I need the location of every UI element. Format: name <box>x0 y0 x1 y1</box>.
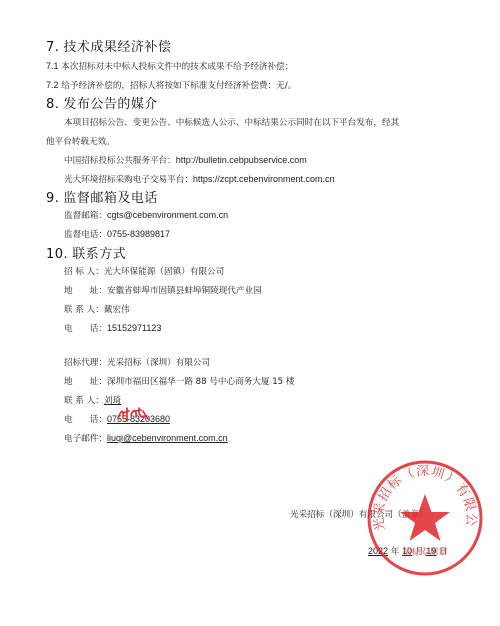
tenderer-phone: 电 话：15152971123 <box>64 322 161 334</box>
section-8-heading: 8.发布公告的媒介 <box>46 93 158 112</box>
supervision-email: 监督邮箱：cgts@cebenvironment.com.cn <box>64 209 228 221</box>
agent-email: 电子邮件：liuqi@cebenvironment.com.cn <box>64 432 228 444</box>
tenderer-contact: 联 系 人：戴宏伟 <box>64 303 130 315</box>
supervision-email-value[interactable]: cgts@cebenvironment.com.cn <box>107 210 228 220</box>
section-10-heading: 10.联系方式 <box>46 243 126 262</box>
agent-contact: 联 系 人：刘琦 <box>64 394 121 406</box>
platform-cebpubservice: 中国招标投标公共服务平台：http://bulletin.cebpubservi… <box>64 154 307 166</box>
section-9-heading: 9.监督邮箱及电话 <box>46 187 158 206</box>
platform-cebenvironment: 光大环境招标采购电子交易平台：https://zcpt.cebenvironme… <box>64 173 335 185</box>
tenderer-name: 招 标 人：光大环保能源（固镇）有限公司 <box>64 265 224 277</box>
section-7-2-text: 7.2 给予经济补偿的，招标人将按如下标准支付经济补偿费：无/。 <box>46 79 296 91</box>
agent-email-value[interactable]: liuqi@cebenvironment.com.cn <box>107 433 228 443</box>
section-7-1-text: 7.1 本次招标对未中标人投标文件中的技术成果不给予经济补偿； <box>46 60 293 72</box>
section-7-heading: 7.技术成果经济补偿 <box>46 36 171 55</box>
seal-center-text: 招标专用章 <box>402 546 447 558</box>
supervision-phone: 监督电话：0755-83989817 <box>64 228 170 240</box>
handwritten-signature-icon <box>115 405 151 425</box>
agent-name: 招标代理：光采招标（深圳）有限公司 <box>64 356 210 368</box>
platform-cebenvironment-url[interactable]: https://zcpt.cebenvironment.com.cn <box>193 174 335 184</box>
document-page: 7.技术成果经济补偿 7.1 本次招标对未中标人投标文件中的技术成果不给予经济补… <box>0 0 500 626</box>
agent-address: 地 址：深圳市福田区福华一路 88 号中心商务大厦 15 楼 <box>64 375 294 387</box>
section-8-paragraph-line2: 他平台转载无效。 <box>46 135 115 147</box>
tenderer-address: 地 址：安徽省蚌埠市固镇县蚌埠铜陵现代产业园 <box>64 284 262 296</box>
section-8-paragraph-line1: 本项目招标公告、变更公告、中标候选人公示、中标结果公示同时在以下平台发布，经其 <box>64 116 399 128</box>
official-seal-icon: 光采招标（深圳）有限公司 招标专用章 <box>365 458 485 578</box>
platform-cebpubservice-url[interactable]: http://bulletin.cebpubservice.com <box>176 155 307 165</box>
